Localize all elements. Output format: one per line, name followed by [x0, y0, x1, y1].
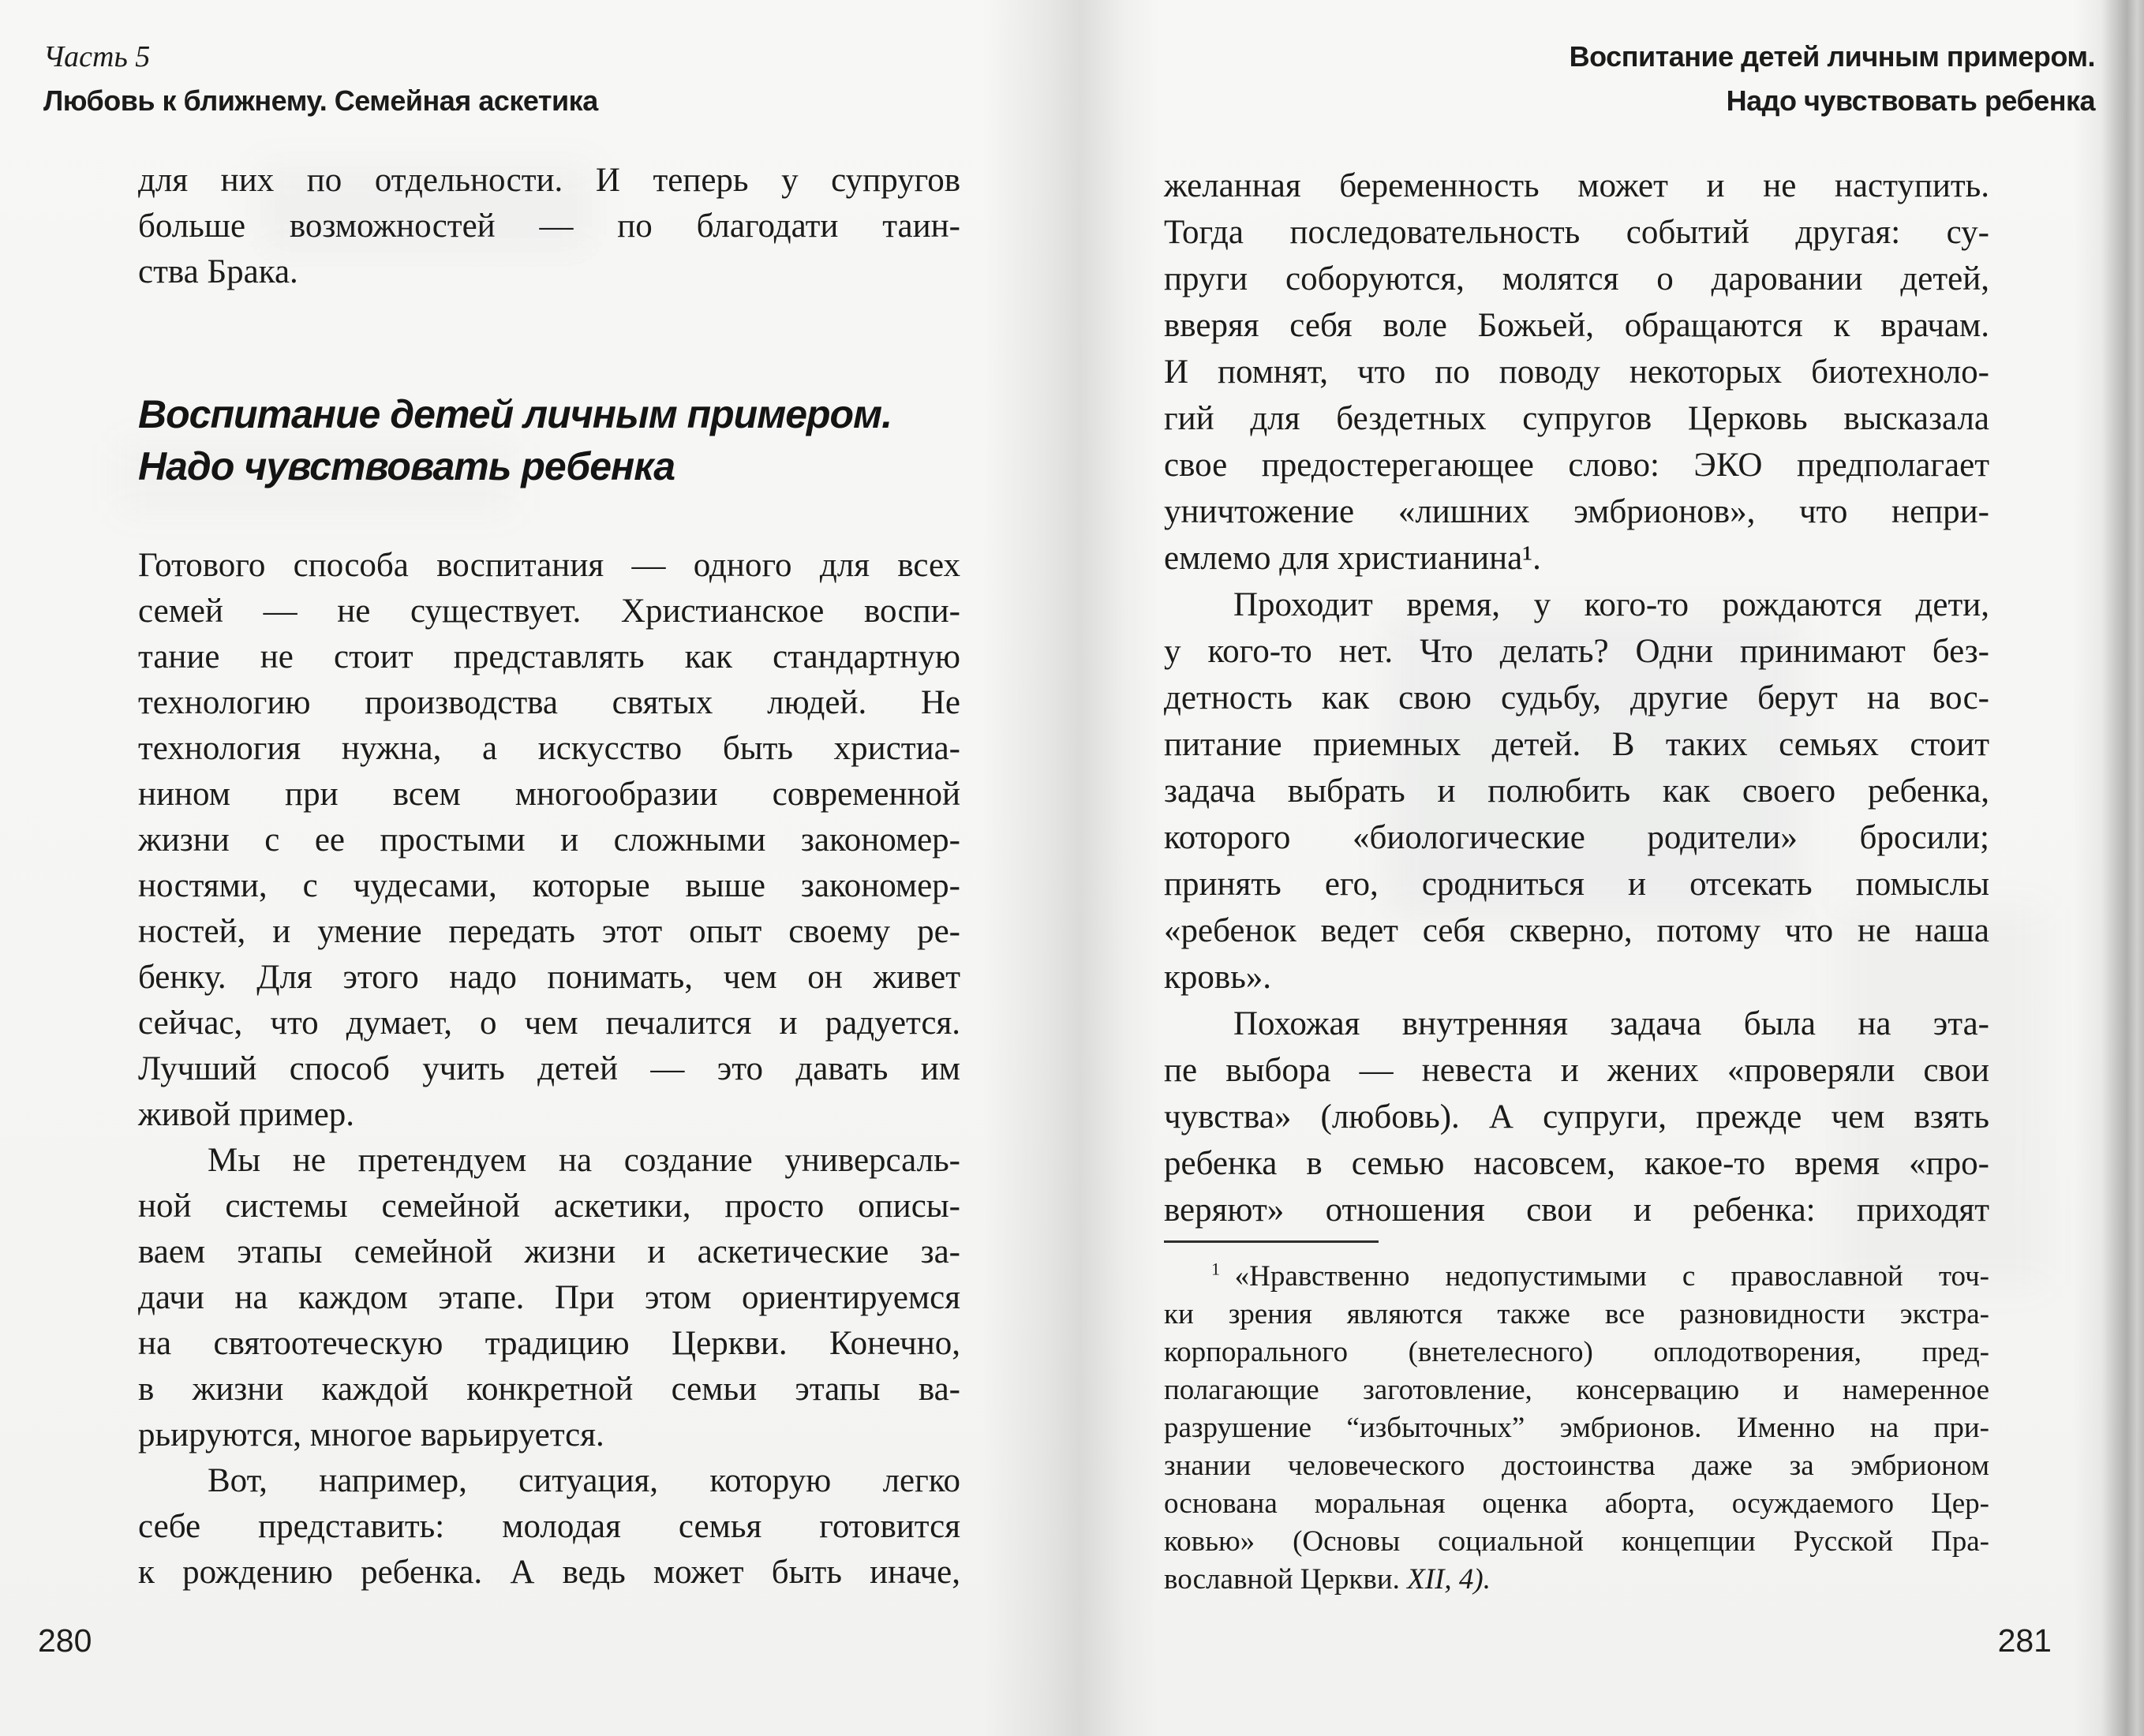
text-line: чувства» (любовь). А супруги, прежде чем… [1164, 1094, 1989, 1140]
text-line: на святоотеческую традицию Церкви. Конеч… [138, 1321, 960, 1367]
text-line: больше возможностей — по благодати таин- [138, 204, 960, 249]
text-line: технология нужна, а искусство быть христ… [138, 726, 960, 772]
text-line: ребенка в семью насовсем, какое-то время… [1164, 1140, 1989, 1187]
body-text-right: желанная беременность может и не наступи… [1164, 163, 1989, 1233]
running-head-left: Часть 5 Любовь к ближнему. Семейная аске… [43, 35, 598, 123]
footnote: 1 «Нравственно недопустимыми с православ… [1164, 1258, 1989, 1599]
chapter-heading: Воспитание детей личным примером. Надо ч… [138, 388, 1006, 492]
text-line: детность как свою судьбу, другие берут н… [1164, 675, 1989, 721]
text-line: питание приемных детей. В таких семьях с… [1164, 721, 1989, 768]
page-edge-shadow [2073, 0, 2144, 1736]
text-line: ностей, и умение передать этот опыт свое… [138, 909, 960, 955]
chapter-heading-line: Надо чувствовать ребенка [138, 440, 1006, 492]
text-line: вверяя себя воле Божьей, обращаются к вр… [1164, 302, 1989, 349]
text-line: технологию производства святых людей. Не [138, 680, 960, 726]
text-line: Похожая внутренняя задача была на эта- [1164, 1001, 1989, 1047]
running-head-line: Надо чувствовать ребенка [1160, 79, 2095, 123]
running-head-line: Воспитание детей личным примером. [1160, 35, 2095, 79]
running-head-title: Любовь к ближнему. Семейная аскетика [43, 79, 598, 123]
footnote-line: полагающие заготовление, консервацию и н… [1164, 1371, 1989, 1409]
chapter-heading-line: Воспитание детей личным примером. [138, 388, 1006, 440]
text-line: Готового способа воспитания — одного для… [138, 543, 960, 589]
text-line: ностями, с чудесами, которые выше законо… [138, 863, 960, 909]
text-line: уничтожение «лишних эмбрионов», что непр… [1164, 488, 1989, 535]
footnote-line: корпорального (внетелесного) оплодотворе… [1164, 1334, 1989, 1371]
text-line: «ребенок ведет себя скверно, потому что … [1164, 907, 1989, 954]
spine-shadow [982, 0, 1160, 1736]
footnote-marker: 1 [1211, 1259, 1220, 1279]
text-line: которого «биологические родители» бросил… [1164, 814, 1989, 861]
text-line: живой пример. [138, 1092, 960, 1138]
running-head-part: Часть 5 [43, 35, 598, 79]
intro-paragraph: для них по отдельности. И теперь у супру… [138, 158, 960, 295]
text-line: ной системы семейной аскетики, просто оп… [138, 1184, 960, 1229]
text-line: принять его, сродниться и отсекать помыс… [1164, 861, 1989, 907]
text-line: дачи на каждом этапе. При этом ориентиру… [138, 1275, 960, 1321]
text-line: свое предостерегающее слово: ЭКО предпол… [1164, 442, 1989, 488]
text-line: сейчас, что думает, о чем печалится и ра… [138, 1001, 960, 1046]
text-line: рьируются, многое варьируется. [138, 1412, 960, 1458]
text-line: задача выбрать и полюбить как своего реб… [1164, 768, 1989, 814]
footnote-line: вославной Церкви. XII, 4). [1164, 1561, 1989, 1599]
footnote-line: 1 «Нравственно недопустимыми с православ… [1164, 1258, 1989, 1296]
text-line: Мы не претендуем на создание универсаль- [138, 1138, 960, 1184]
text-line: Проходит время, у кого-то рождаются дети… [1164, 582, 1989, 628]
text-line: веряют» отношения свои и ребенка: приход… [1164, 1187, 1989, 1233]
text-line: емлемо для христианина¹. [1164, 535, 1989, 582]
footnote-line: разрушение “избыточных” эмбрионов. Именн… [1164, 1409, 1989, 1447]
text-line: семей — не существует. Христианское восп… [138, 589, 960, 634]
footnote-line: ковью» (Основы социальной концепции Русс… [1164, 1523, 1989, 1561]
text-line: гий для бездетных супругов Церковь выска… [1164, 395, 1989, 442]
footnote-line: основана моральная оценка аборта, осужда… [1164, 1485, 1989, 1523]
body-text-left: Готового способа воспитания — одного для… [138, 543, 960, 1596]
text-line: жизни с ее простыми и сложными закономер… [138, 817, 960, 863]
page-number-left: 280 [38, 1622, 92, 1659]
book-scan-spread: Часть 5 Любовь к ближнему. Семейная аске… [0, 0, 2144, 1736]
text-line: тание не стоит представлять как стандарт… [138, 634, 960, 680]
text-line: к рождению ребенка. А ведь может быть ин… [138, 1550, 960, 1596]
text-line: желанная беременность может и не наступи… [1164, 163, 1989, 209]
text-line: ства Брака. [138, 249, 960, 295]
text-line: у кого-то нет. Что делать? Одни принимаю… [1164, 628, 1989, 675]
footnote-line: знании человеческого достоинства даже за… [1164, 1447, 1989, 1485]
text-line: Тогда последовательность событий другая:… [1164, 209, 1989, 256]
text-line: пе выбора — невеста и жених «проверяли с… [1164, 1047, 1989, 1094]
text-line: кровь». [1164, 954, 1989, 1001]
text-line: себе представить: молодая семья готовитс… [138, 1504, 960, 1550]
footnote-line: ки зрения являются также все разновиднос… [1164, 1296, 1989, 1334]
text-line: ваем этапы семейной жизни и аскетические… [138, 1229, 960, 1275]
footnote-separator [1164, 1240, 1379, 1243]
text-line: нином при всем многообразии современной [138, 772, 960, 817]
text-line: для них по отдельности. И теперь у супру… [138, 158, 960, 204]
page-number-right: 281 [1164, 1622, 2052, 1659]
citation-reference: XII, 4). [1407, 1563, 1491, 1596]
text-line: Вот, например, ситуация, которую легко [138, 1458, 960, 1504]
text-line: И помнят, что по поводу некоторых биотех… [1164, 349, 1989, 395]
text-line: бенку. Для этого надо понимать, чем он ж… [138, 955, 960, 1001]
text-line: пруги соборуются, молятся о даровании де… [1164, 256, 1989, 302]
text-line: Лучший способ учить детей — это давать и… [138, 1046, 960, 1092]
text-line: в жизни каждой конкретной семьи этапы ва… [138, 1367, 960, 1412]
running-head-right: Воспитание детей личным примером. Надо ч… [1160, 35, 2095, 123]
